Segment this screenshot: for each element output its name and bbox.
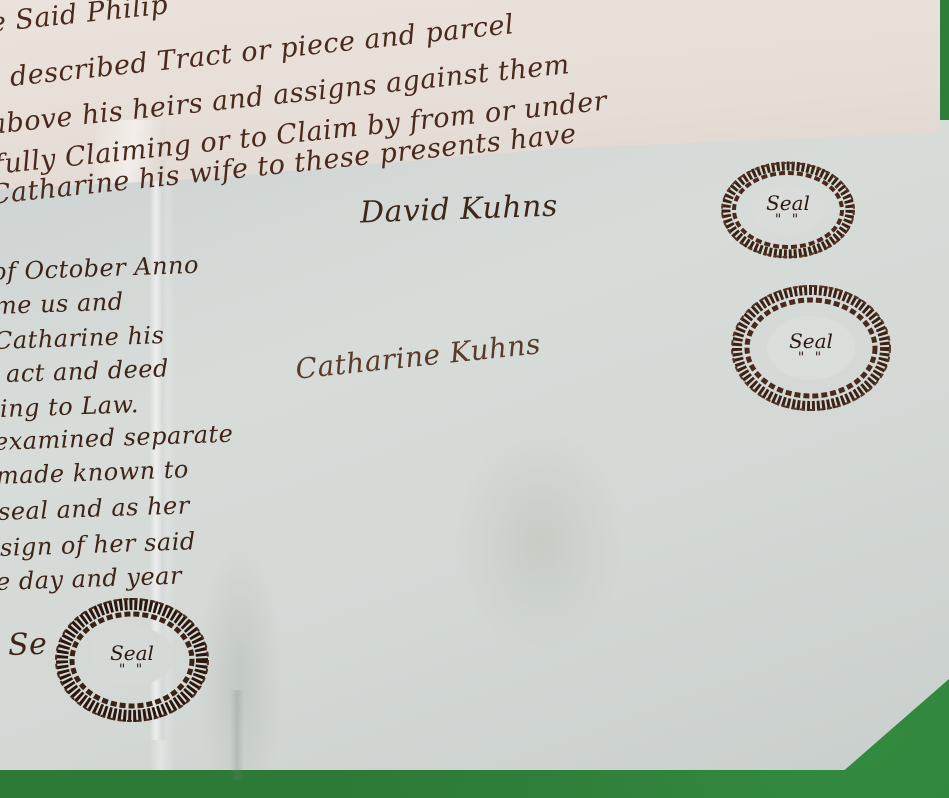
left-text-line: act and deed [6,354,170,388]
left-text-line: Catharine his [0,321,165,355]
left-text-line: me us and [0,287,124,320]
seal-label: Seal " " [110,643,154,677]
seal-label: Seal " " [789,331,833,365]
left-truncated-word: Se [7,627,48,663]
left-text-line: ing to Law. [0,390,139,423]
seal-middle-right: Seal " " [728,282,894,414]
seal-bottom-left: Seal " " [52,594,212,726]
seal-top-right: Seal " " [718,160,858,260]
seal-label: Seal " " [766,193,810,227]
signature-david-kuhns: David Kuhns [359,189,558,231]
paper-fold-crease-lower [230,690,244,780]
